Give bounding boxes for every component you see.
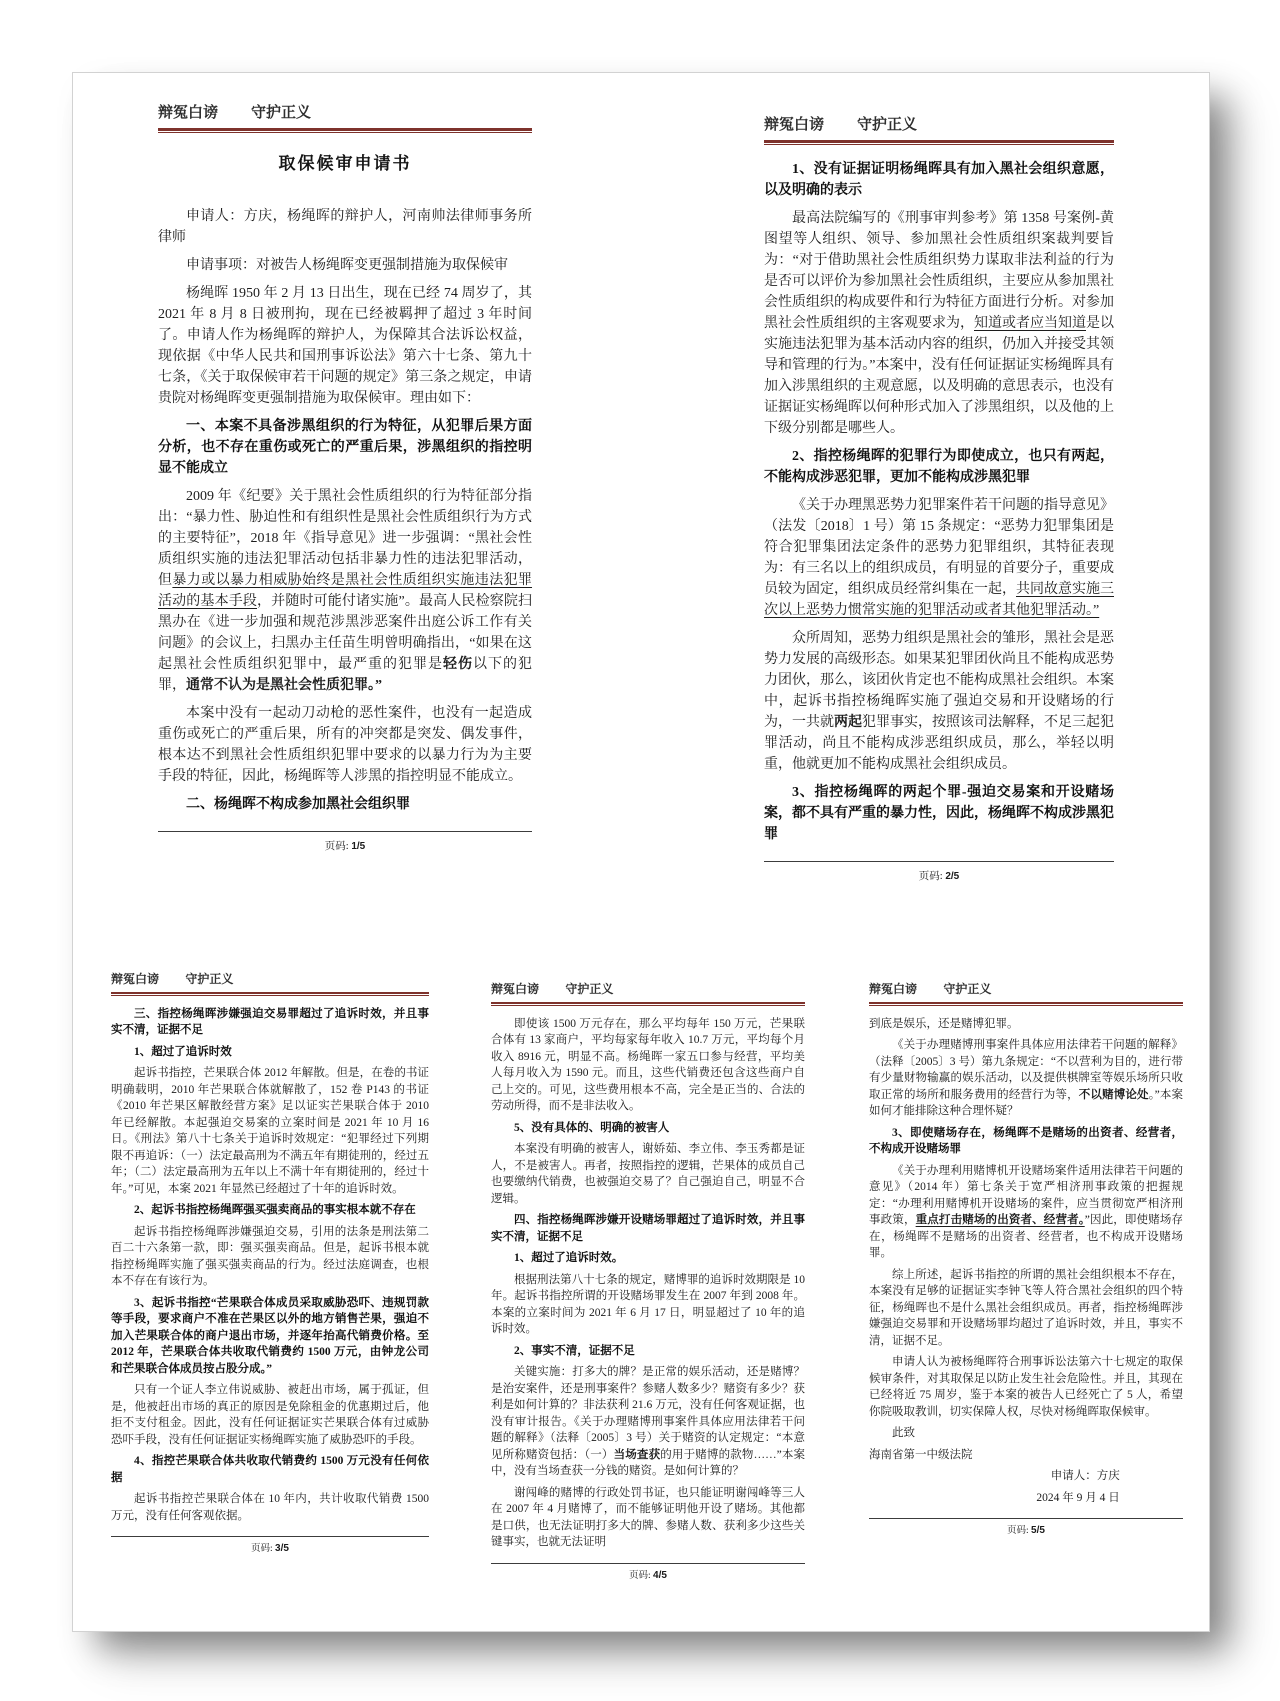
paragraph: 起诉书指控杨绳晖涉嫌强迫交易，引用的法条是刑法第二百二十六条第一款，即：强买强卖… [111, 1224, 429, 1290]
footer-rule [869, 1518, 1183, 1519]
paragraph: 《关于办理利用赌博机开设赌场案件适用法律若干问题的意见》（2014 年）第七条关… [869, 1163, 1183, 1262]
footer-page-number: 3/5 [275, 1543, 289, 1554]
footer-page-label: 页码: [325, 841, 349, 852]
page-header: 辩冤白谤守护正义 [491, 981, 805, 1001]
paragraph: 申请人：方庆，杨绳晖的辩护人，河南帅法律师事务所律师 [158, 206, 532, 248]
paragraph: 即使该 1500 万元存在，那么平均每年 150 万元，芒果联合体有 13 家商… [491, 1016, 805, 1115]
section-heading: 3、即使赌场存在，杨绳晖不是赌场的出资者、经营者，不构成开设赌场罪 [869, 1125, 1183, 1158]
paragraph: 起诉书指控芒果联合体在 10 年内，共计收取代销费 1500 万元，没有任何客观… [111, 1491, 429, 1524]
page-5: 辩冤白谤守护正义 到底是娱乐，还是赌博犯罪。《关于办理赌博刑事案件具体应用法律若… [869, 981, 1183, 1540]
section-heading: 2、事实不清，证据不足 [491, 1343, 805, 1360]
footer-page-number: 5/5 [1031, 1525, 1045, 1536]
slogan-left: 辩冤白谤 [491, 982, 539, 996]
header-rule [764, 140, 1114, 145]
paragraph: 本案没有明确的被害人，谢娇茹、李立伟、李玉秀都是证人，不是被害人。再者，按照指控… [491, 1141, 805, 1207]
page-footer: 页码: 3/5 [111, 1536, 429, 1558]
paragraph: 根据刑法第八十七条的规定，赌博罪的追诉时效期限是 10 年。起诉书指控所谓的开设… [491, 1272, 805, 1338]
footer-page-number: 4/5 [653, 1570, 667, 1581]
paragraph: 《关于办理黑恶势力犯罪案件若干问题的指导意见》（法发〔2018〕1 号）第 15… [764, 495, 1114, 621]
section-heading: 3、起诉书指控“芒果联合体成员采取威胁恐吓、违规罚款等手段，要求商户不准在芒果区… [111, 1295, 429, 1378]
page-3: 辩冤白谤守护正义 三、指控杨绳晖涉嫌强迫交易罪超过了追诉时效，并且事实不清，证据… [111, 971, 429, 1558]
page-footer: 页码: 1/5 [158, 831, 532, 857]
slogan-left: 辩冤白谤 [158, 105, 218, 121]
footer-rule [111, 1536, 429, 1537]
paragraph: 谢闯峰的赌博的行政处罚书证，也只能证明谢闯峰等三人在 2007 年 4 月赌博了… [491, 1485, 805, 1551]
paragraph: 综上所述，起诉书指控的所谓的黑社会组织根本不存在，本案没有足够的证据证实李钟飞等… [869, 1267, 1183, 1350]
section-heading: 3、指控杨绳晖的两起个罪-强迫交易案和开设赌场案，都不具有严重的暴力性，因此，杨… [764, 782, 1114, 845]
paragraph: 海南省第一中级法院 [869, 1447, 1183, 1464]
header-rule [491, 1002, 805, 1006]
paragraph: 关键实施：打多大的牌？是正常的娱乐活动，还是赌博？是治安案件，还是刑事案件？参赌… [491, 1364, 805, 1480]
paragraph: 申请人：方庆 [869, 1468, 1183, 1485]
slogan-right: 守护正义 [251, 105, 311, 121]
slogan-left: 辩冤白谤 [111, 972, 159, 986]
page-header: 辩冤白谤守护正义 [869, 981, 1183, 1001]
section-heading: 5、没有具体的、明确的被害人 [491, 1120, 805, 1137]
page-body: 1、没有证据证明杨绳晖具有加入黑社会组织意愿，以及明确的表示最高法院编写的《刑事… [764, 159, 1114, 845]
slogan-left: 辩冤白谤 [764, 117, 824, 133]
slogan-right: 守护正义 [185, 972, 233, 986]
paragraph: 此致 [869, 1425, 1183, 1442]
paragraph: 到底是娱乐，还是赌博犯罪。 [869, 1016, 1183, 1033]
paragraph: 众所周知，恶势力组织是黑社会的雏形，黑社会是恶势力发展的高级形态。如果某犯罪团伙… [764, 628, 1114, 775]
page-body: 三、指控杨绳晖涉嫌强迫交易罪超过了追诉时效，并且事实不清，证据不足1、超过了追诉… [111, 1006, 429, 1525]
footer-page-label: 页码: [251, 1544, 273, 1554]
footer-rule [764, 861, 1114, 862]
footer-page-number: 2/5 [945, 871, 959, 882]
section-heading: 二、杨绳晖不构成参加黑社会组织罪 [158, 794, 532, 815]
paragraph: 起诉书指控，芒果联合体 2012 年解散。但是，在卷的书证明确载明，2010 年… [111, 1065, 429, 1197]
slogan-right: 守护正义 [565, 982, 613, 996]
slogan-left: 辩冤白谤 [869, 982, 917, 996]
paragraph: 只有一个证人李立伟说威胁、被赶出市场，属于孤证，但是，他被赶出市场的真正的原因是… [111, 1382, 429, 1448]
slogan-right: 守护正义 [857, 117, 917, 133]
paragraph: 申请事项：对被告人杨绳晖变更强制措施为取保候审 [158, 255, 532, 276]
page-body: 到底是娱乐，还是赌博犯罪。《关于办理赌博刑事案件具体应用法律若干问题的解释》（法… [869, 1016, 1183, 1507]
footer-page-label: 页码: [629, 1571, 651, 1581]
page-header: 辩冤白谤守护正义 [158, 103, 532, 127]
footer-rule [491, 1563, 805, 1564]
footer-page-label: 页码: [919, 871, 943, 882]
section-heading: 2、指控杨绳晖的犯罪行为即使成立，也只有两起，不能构成涉恶犯罪，更加不能构成涉黑… [764, 446, 1114, 488]
page-footer: 页码: 2/5 [764, 861, 1114, 887]
page-body: 申请人：方庆，杨绳晖的辩护人，河南帅法律师事务所律师申请事项：对被告人杨绳晖变更… [158, 206, 532, 815]
page-1: 辩冤白谤守护正义 取保候审申请书 申请人：方庆，杨绳晖的辩护人，河南帅法律师事务… [158, 103, 532, 857]
section-heading: 2、起诉书指控杨绳晖强买强卖商品的事实根本就不存在 [111, 1202, 429, 1219]
document-title: 取保候审申请书 [158, 153, 532, 174]
paragraph: 申请人认为被杨绳晖符合刑事诉讼法第六十七规定的取保候审条件，对其取保足以防止发生… [869, 1354, 1183, 1420]
section-heading: 一、本案不具备涉黑组织的行为特征，从犯罪后果方面分析，也不存在重伤或死亡的严重后… [158, 416, 532, 479]
section-heading: 四、指控杨绳晖涉嫌开设赌场罪超过了追诉时效，并且事实不清，证据不足 [491, 1212, 805, 1245]
footer-rule [158, 831, 532, 832]
footer-page-number: 1/5 [351, 841, 365, 852]
paper-sheet: 辩冤白谤守护正义 取保候审申请书 申请人：方庆，杨绳晖的辩护人，河南帅法律师事务… [72, 72, 1210, 1632]
page-footer: 页码: 5/5 [869, 1518, 1183, 1540]
footer-page-label: 页码: [1007, 1526, 1029, 1536]
section-heading: 三、指控杨绳晖涉嫌强迫交易罪超过了追诉时效，并且事实不清，证据不足 [111, 1006, 429, 1039]
section-heading: 1、超过了追诉时效。 [491, 1250, 805, 1267]
header-rule [111, 992, 429, 996]
page-4: 辩冤白谤守护正义 即使该 1500 万元存在，那么平均每年 150 万元，芒果联… [491, 981, 805, 1584]
page-2: 辩冤白谤守护正义 1、没有证据证明杨绳晖具有加入黑社会组织意愿，以及明确的表示最… [764, 115, 1114, 887]
paragraph: 本案中没有一起动刀动枪的恶性案件，也没有一起造成重伤或死亡的严重后果，所有的冲突… [158, 703, 532, 787]
paragraph: 2024 年 9 月 4 日 [869, 1490, 1183, 1507]
page-header: 辩冤白谤守护正义 [111, 971, 429, 991]
section-heading: 4、指控芒果联合体共收取代销费约 1500 万元没有任何依据 [111, 1453, 429, 1486]
header-rule [158, 128, 532, 133]
header-rule [869, 1002, 1183, 1006]
page-header: 辩冤白谤守护正义 [764, 115, 1114, 139]
section-heading: 1、没有证据证明杨绳晖具有加入黑社会组织意愿，以及明确的表示 [764, 159, 1114, 201]
paragraph: 2009 年《纪要》关于黑社会性质组织的行为特征部分指出：“暴力性、胁迫性和有组… [158, 486, 532, 696]
paragraph: 《关于办理赌博刑事案件具体应用法律若干问题的解释》（法释〔2005〕3 号）第九… [869, 1037, 1183, 1120]
slogan-right: 守护正义 [943, 982, 991, 996]
page-body: 即使该 1500 万元存在，那么平均每年 150 万元，芒果联合体有 13 家商… [491, 1016, 805, 1551]
paragraph: 最高法院编写的《刑事审判参考》第 1358 号案例-黄图望等人组织、领导、参加黑… [764, 208, 1114, 439]
paragraph: 杨绳晖 1950 年 2 月 13 日出生，现在已经 74 周岁了，其 2021… [158, 283, 532, 409]
section-heading: 1、超过了追诉时效 [111, 1044, 429, 1061]
page-footer: 页码: 4/5 [491, 1563, 805, 1585]
